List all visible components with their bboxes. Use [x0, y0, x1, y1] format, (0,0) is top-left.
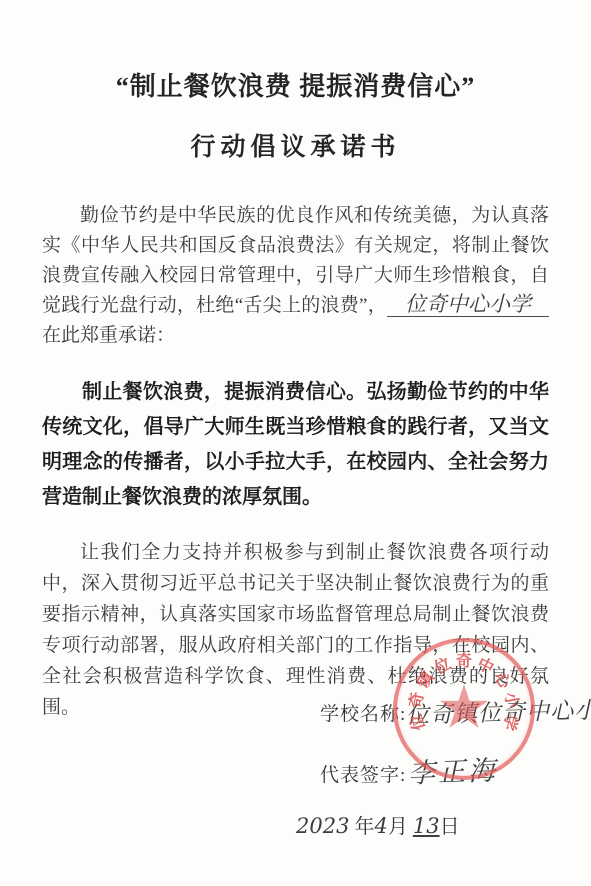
school-name-label: 学校名称: [320, 704, 406, 725]
representative-signature-handwritten: 李正海 [408, 748, 499, 790]
pledge-document-page: “制止餐饮浪费 提振消费信心” 行动倡议承诺书 勤俭节约是中华民族的优良作风和传… [0, 0, 591, 886]
signature-representative-row: 代表签字:李正海 [320, 750, 498, 789]
date-line: 2023 年4月 13日 [296, 810, 460, 839]
date-year-label: 年 [354, 816, 374, 838]
date-month: 4 [374, 814, 387, 838]
paragraph-intro: 勤俭节约是中华民族的优良作风和传统美德，为认真落实《中华人民共和国反食品浪费法》… [42, 201, 549, 351]
signature-school-row: 学校名称:位奇镇位奇中心小学 [320, 694, 591, 727]
paragraph-intro-tail: 在此郑重承诺： [42, 325, 175, 346]
school-name-handwritten-inline: 位奇中心小学 [387, 292, 549, 317]
date-month-label: 月 [388, 816, 408, 838]
date-day-label: 日 [440, 816, 460, 838]
document-title-line2: 行动倡议承诺书 [42, 127, 549, 163]
school-name-handwritten-value: 位奇镇位奇中心小学 [406, 691, 591, 730]
paragraph-pledge-bold: 制止餐饮浪费，提振消费信心。弘扬勤俭节约的中华传统文化，倡导广大师生既当珍惜粮食… [42, 375, 549, 515]
representative-signature-label: 代表签字: [320, 765, 406, 786]
date-year: 2023 [296, 814, 349, 838]
document-title-line1: “制止餐饮浪费 提振消费信心” [42, 66, 549, 103]
date-day: 13 [413, 814, 440, 838]
